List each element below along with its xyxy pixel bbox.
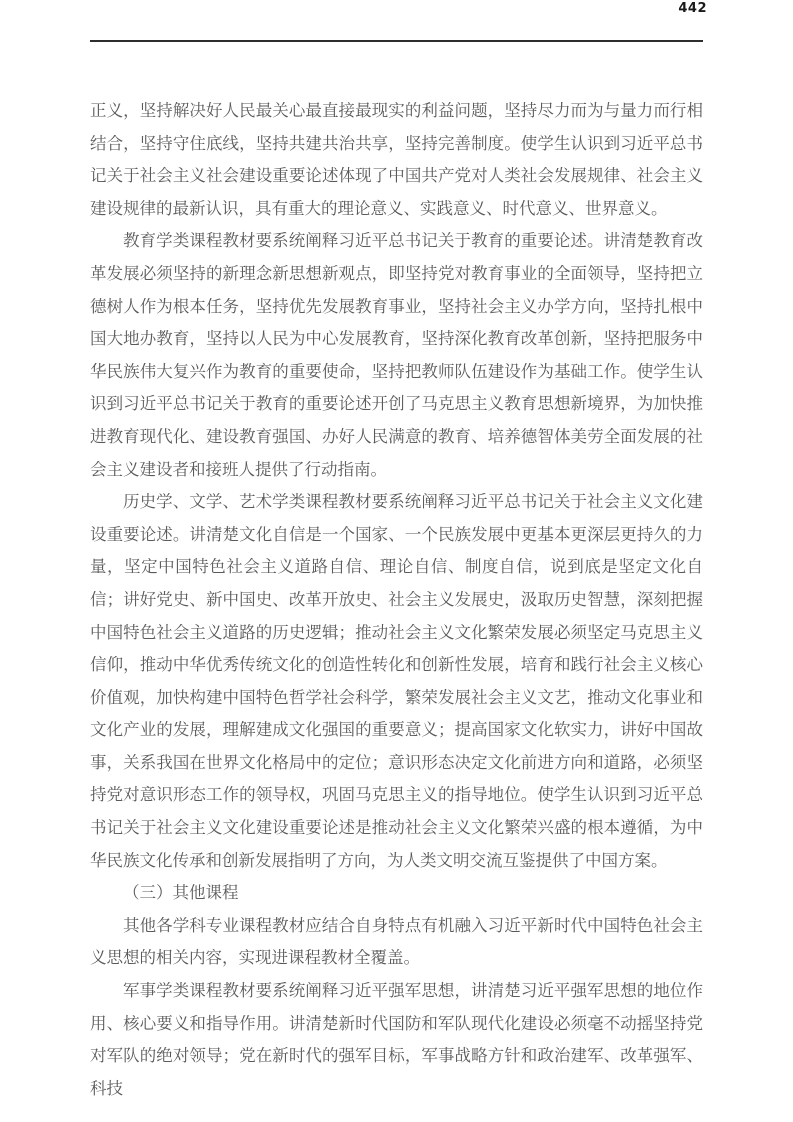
header-rule xyxy=(90,40,703,42)
paragraph-other-courses-intro: 其他各学科专业课程教材应结合自身特点有机融入习近平新时代中国特色社会主义思想的相… xyxy=(90,910,703,975)
paragraph-social-construction: 正义，坚持解决好人民最关心最直接最现实的利益问题，坚持尽力而为与量力而行相结合，… xyxy=(90,95,703,225)
paragraph-culture-courses: 历史学、文学、艺术学类课程教材要系统阐释习近平总书记关于社会主义文化建设重要论述… xyxy=(90,486,703,877)
section-heading-other-courses: （三）其他课程 xyxy=(90,877,703,910)
document-page: 442 正义，坚持解决好人民最关心最直接最现实的利益问题，坚持尽力而为与量力而行… xyxy=(0,0,793,1122)
paragraph-military-courses: 军事学类课程教材要系统阐释习近平强军思想，讲清楚习近平强军思想的地位作用、核心要… xyxy=(90,975,703,1105)
paragraph-education-courses: 教育学类课程教材要系统阐释习近平总书记关于教育的重要论述。讲清楚教育改革发展必须… xyxy=(90,225,703,486)
document-body: 正义，坚持解决好人民最关心最直接最现实的利益问题，坚持尽力而为与量力而行相结合，… xyxy=(90,95,703,1105)
page-number: 442 xyxy=(678,1,707,16)
